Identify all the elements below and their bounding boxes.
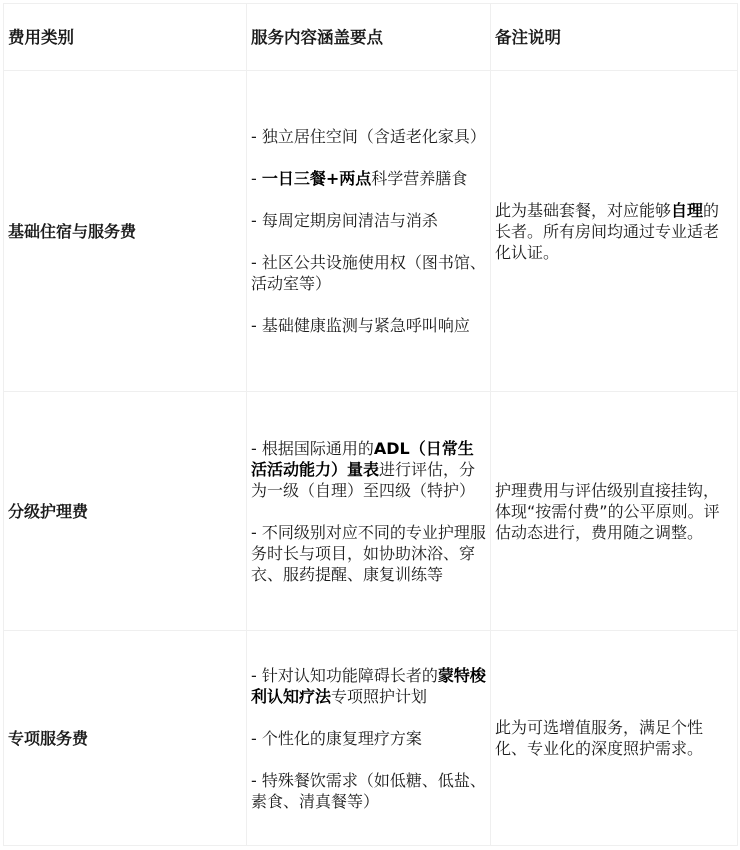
fee-table: 费用类别 服务内容涵盖要点 备注说明 基础住宿与服务费 - 独立居住空间（含适老… [3,3,738,846]
service-item: - 根据国际通用的ADL（日常生活活动能力）量表进行评估，分为一级（自理）至四级… [251,438,486,501]
service-item: - 个性化的康复理疗方案 [251,728,486,749]
service-item: - 针对认知功能障碍长者的蒙特梭利认知疗法专项照护计划 [251,665,486,707]
services-cell: - 独立居住空间（含适老化家具） - 一日三餐+两点科学营养膳食 - 每周定期房… [247,71,491,392]
category-cell: 专项服务费 [4,631,247,846]
table-row: 基础住宿与服务费 - 独立居住空间（含适老化家具） - 一日三餐+两点科学营养膳… [4,71,738,392]
note-cell: 此为可选增值服务，满足个性化、专业化的深度照护需求。 [491,631,738,846]
note-cell: 护理费用与评估级别直接挂钩，体现“按需付费”的公平原则。评估动态进行，费用随之调… [491,392,738,631]
table-row: 分级护理费 - 根据国际通用的ADL（日常生活活动能力）量表进行评估，分为一级（… [4,392,738,631]
header-notes: 备注说明 [491,4,738,71]
service-item: - 基础健康监测与紧急呼叫响应 [251,315,486,336]
table-row: 专项服务费 - 针对认知功能障碍长者的蒙特梭利认知疗法专项照护计划 - 个性化的… [4,631,738,846]
services-cell: - 针对认知功能障碍长者的蒙特梭利认知疗法专项照护计划 - 个性化的康复理疗方案… [247,631,491,846]
service-item: - 不同级别对应不同的专业护理服务时长与项目，如协助沐浴、穿衣、服药提醒、康复训… [251,522,486,585]
service-item: - 一日三餐+两点科学营养膳食 [251,168,486,189]
service-item: - 独立居住空间（含适老化家具） [251,126,486,147]
service-item: - 每周定期房间清洁与消杀 [251,210,486,231]
header-category: 费用类别 [4,4,247,71]
service-item: - 社区公共设施使用权（图书馆、活动室等） [251,252,486,294]
note-cell: 此为基础套餐，对应能够自理的长者。所有房间均通过专业适老化认证。 [491,71,738,392]
service-item: - 特殊餐饮需求（如低糖、低盐、素食、清真餐等） [251,770,486,812]
category-cell: 分级护理费 [4,392,247,631]
category-cell: 基础住宿与服务费 [4,71,247,392]
table-header-row: 费用类别 服务内容涵盖要点 备注说明 [4,4,738,71]
services-cell: - 根据国际通用的ADL（日常生活活动能力）量表进行评估，分为一级（自理）至四级… [247,392,491,631]
header-services: 服务内容涵盖要点 [247,4,491,71]
